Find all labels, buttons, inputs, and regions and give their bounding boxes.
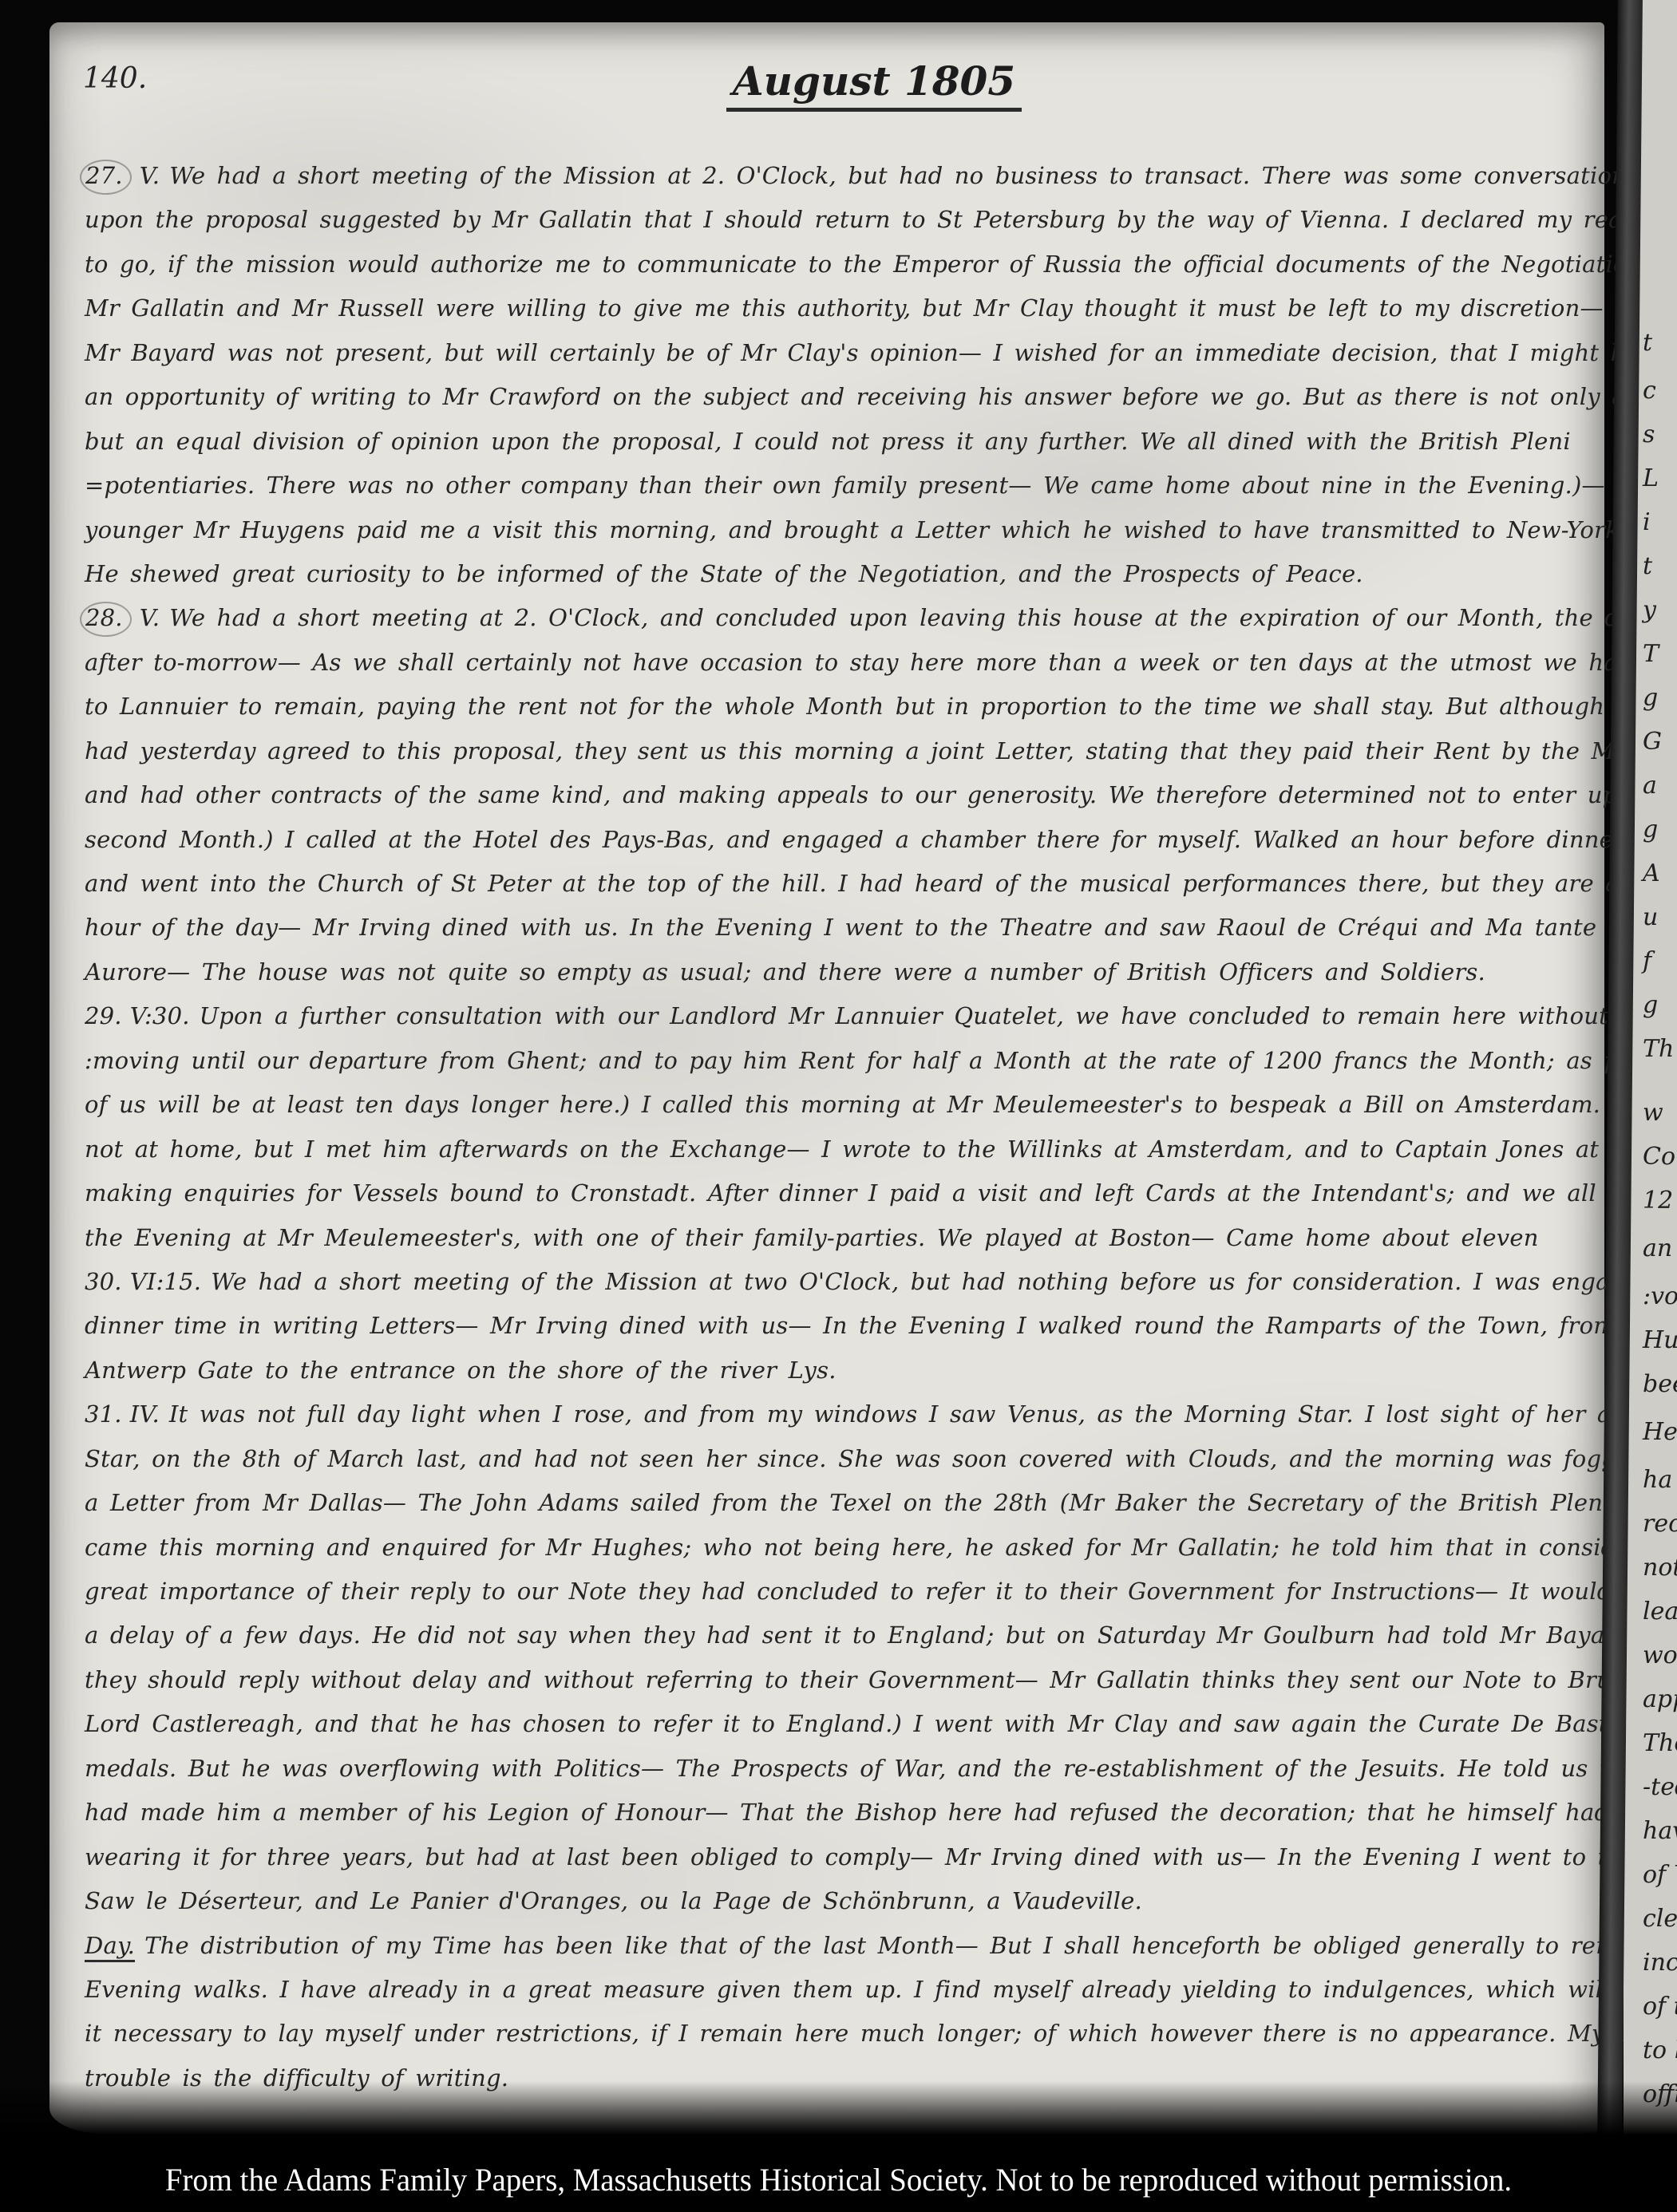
- margin-fragment: inch: [1643, 1949, 1677, 1977]
- manuscript-line: to go, if the mission would authorize me…: [85, 243, 1601, 286]
- manuscript-line: a delay of a few days. He did not say wh…: [85, 1614, 1601, 1657]
- month-header: August 1805: [49, 57, 1604, 112]
- margin-fragment: Hu: [1643, 1326, 1677, 1354]
- manuscript-text: We had a short meeting of the Mission at…: [169, 162, 1634, 189]
- manuscript-line: Aurore— The house was not quite so empty…: [85, 950, 1601, 994]
- margin-fragment: g: [1643, 684, 1658, 712]
- entry-rise-time: IV.: [130, 1400, 160, 1428]
- entry-day-number: 28.: [80, 602, 132, 637]
- manuscript-line: Antwerp Gate to the entrance on the shor…: [85, 1349, 1601, 1392]
- margin-fragment: A: [1643, 859, 1660, 887]
- manuscript-line: to Lannuier to remain, paying the rent n…: [85, 685, 1601, 729]
- margin-fragment: bee: [1643, 1370, 1677, 1398]
- manuscript-line: younger Mr Huygens paid me a visit this …: [85, 508, 1601, 552]
- margin-fragment: t: [1643, 552, 1652, 580]
- entry-day-number: 31.: [85, 1400, 122, 1428]
- margin-fragment: c: [1643, 377, 1656, 405]
- manuscript-line: upon the proposal suggested by Mr Gallat…: [85, 198, 1601, 242]
- manuscript-line: had made him a member of his Legion of H…: [85, 1791, 1601, 1835]
- margin-fragment: leav: [1643, 1598, 1677, 1625]
- manuscript-line: an opportunity of writing to Mr Crawford…: [85, 375, 1601, 419]
- entry-day-number: 30.: [85, 1268, 122, 1295]
- margin-fragment: t: [1643, 329, 1652, 357]
- manuscript-line: 29.V:30.Upon a further consultation with…: [85, 994, 1601, 1038]
- entry-rise-time: V.: [140, 162, 160, 189]
- margin-fragment: not: [1643, 1554, 1677, 1582]
- manuscript-line: 30.VI:15.We had a short meeting of the M…: [85, 1260, 1601, 1304]
- manuscript-line: Star, on the 8th of March last, and had …: [85, 1437, 1601, 1481]
- margin-fragment: -ted: [1643, 1773, 1677, 1801]
- manuscript-line: Lord Castlereagh, and that he has chosen…: [85, 1702, 1601, 1746]
- manuscript-text: It was not full day light when I rose, a…: [169, 1400, 1677, 1428]
- manuscript-text: We had a short meeting of the Mission at…: [211, 1268, 1677, 1295]
- margin-fragment: w: [1643, 1099, 1663, 1127]
- margin-fragment: g: [1643, 991, 1658, 1019]
- manuscript-line: Mr Bayard was not present, but will cert…: [85, 331, 1601, 375]
- margin-fragment: L: [1643, 464, 1659, 492]
- margin-fragment: T: [1643, 640, 1659, 668]
- margin-fragment: 12: [1643, 1187, 1673, 1215]
- margin-fragment: ha: [1643, 1466, 1672, 1494]
- margin-fragment: y: [1643, 596, 1656, 624]
- manuscript-line: hour of the day— Mr Irving dined with us…: [85, 906, 1601, 950]
- manuscript-line: wearing it for three years, but had at l…: [85, 1835, 1601, 1879]
- manuscript-line: 27.V.We had a short meeting of the Missi…: [85, 154, 1601, 198]
- margin-fragment: a: [1643, 772, 1657, 800]
- manuscript-line: after to-morrow— As we shall certainly n…: [85, 641, 1601, 685]
- manuscript-line: dinner time in writing Letters— Mr Irvin…: [85, 1304, 1601, 1348]
- entry-day-number: Day.: [85, 1932, 135, 1962]
- manuscript-line: of us will be at least ten days longer h…: [85, 1083, 1601, 1127]
- margin-fragment: g: [1643, 816, 1658, 843]
- entry-day-number: 27.: [80, 160, 132, 195]
- manuscript-line: medals. But he was overflowing with Poli…: [85, 1747, 1601, 1791]
- margin-fragment: of th: [1643, 1993, 1677, 2020]
- manuscript-line: making enquiries for Vessels bound to Cr…: [85, 1171, 1601, 1215]
- manuscript-line: great importance of their reply to our N…: [85, 1570, 1601, 1614]
- margin-fragment: of W: [1643, 1861, 1677, 1889]
- manuscript-line: He shewed great curiosity to be informed…: [85, 552, 1601, 596]
- manuscript-line: second Month.) I called at the Hotel des…: [85, 818, 1601, 862]
- manuscript-line: they should reply without delay and with…: [85, 1658, 1601, 1702]
- manuscript-line: not at home, but I met him afterwards on…: [85, 1128, 1601, 1171]
- margin-fragment: app: [1643, 1685, 1677, 1713]
- manuscript-line: Mr Gallatin and Mr Russell were willing …: [85, 286, 1601, 330]
- manuscript-line: 28.V.We had a short meeting at 2. O'Cloc…: [85, 596, 1601, 640]
- manuscript-page: 140. August 1805 27.V.We had a short mee…: [49, 22, 1604, 2134]
- margin-fragment: hav: [1643, 1817, 1677, 1845]
- margin-fragment: i: [1643, 508, 1651, 536]
- entry-rise-time: V.: [140, 604, 160, 631]
- manuscript-text: The distribution of my Time has been lik…: [144, 1932, 1677, 1959]
- manuscript-line: it necessary to lay myself under restric…: [85, 2012, 1601, 2056]
- copyright-text: From the Adams Family Papers, Massachuse…: [26, 2151, 1652, 2209]
- margin-fragment: u: [1643, 903, 1658, 931]
- margin-fragment: rec: [1643, 1510, 1677, 1538]
- margin-fragment: s: [1643, 421, 1655, 448]
- margin-fragment: :vo: [1643, 1282, 1677, 1310]
- margin-fragment: f: [1643, 947, 1651, 975]
- manuscript-line: and went into the Church of St Peter at …: [85, 862, 1601, 906]
- manuscript-line: and had other contracts of the same kind…: [85, 773, 1601, 817]
- manuscript-text: Upon a further consultation with our Lan…: [200, 1002, 1653, 1029]
- margin-fragment: an: [1643, 1234, 1672, 1262]
- manuscript-line: :moving until our departure from Ghent; …: [85, 1039, 1601, 1083]
- margin-fragment: to hi: [1643, 2036, 1677, 2064]
- margin-fragment: Then: [1643, 1729, 1677, 1757]
- manuscript-text: We had a short meeting at 2. O'Clock, an…: [169, 604, 1647, 631]
- month-header-text: August 1805: [726, 57, 1022, 112]
- entry-rise-time: VI:15.: [130, 1268, 202, 1295]
- margin-fragment: wor: [1643, 1641, 1677, 1669]
- manuscript-line: but an equal division of opinion upon th…: [85, 420, 1601, 464]
- margin-fragment: He: [1643, 1418, 1677, 1446]
- manuscript-line: came this morning and enquired for Mr Hu…: [85, 1526, 1601, 1570]
- copyright-banner: From the Adams Family Papers, Massachuse…: [0, 2151, 1677, 2212]
- margin-fragment: clerg: [1643, 1905, 1677, 1933]
- margin-fragment: Co: [1643, 1143, 1675, 1171]
- manuscript-line: =potentiaries. There was no other compan…: [85, 464, 1601, 508]
- manuscript-line: Evening walks. I have already in a great…: [85, 1968, 1601, 2012]
- manuscript-line: 31.IV.It was not full day light when I r…: [85, 1392, 1601, 1436]
- manuscript-line: Day.The distribution of my Time has been…: [85, 1924, 1601, 1968]
- manuscript-line: the Evening at Mr Meulemeester's, with o…: [85, 1216, 1601, 1260]
- manuscript-line: a Letter from Mr Dallas— The John Adams …: [85, 1481, 1601, 1525]
- manuscript-line: Saw le Déserteur, and Le Panier d'Orange…: [85, 1879, 1601, 1923]
- entry-rise-time: V:30.: [130, 1002, 190, 1029]
- margin-fragment: G: [1643, 728, 1662, 756]
- manuscript-line: had yesterday agreed to this proposal, t…: [85, 729, 1601, 773]
- entry-day-number: 29.: [85, 1002, 122, 1029]
- diary-entries: 27.V.We had a short meeting of the Missi…: [85, 154, 1601, 2100]
- margin-fragment: Th: [1643, 1035, 1674, 1063]
